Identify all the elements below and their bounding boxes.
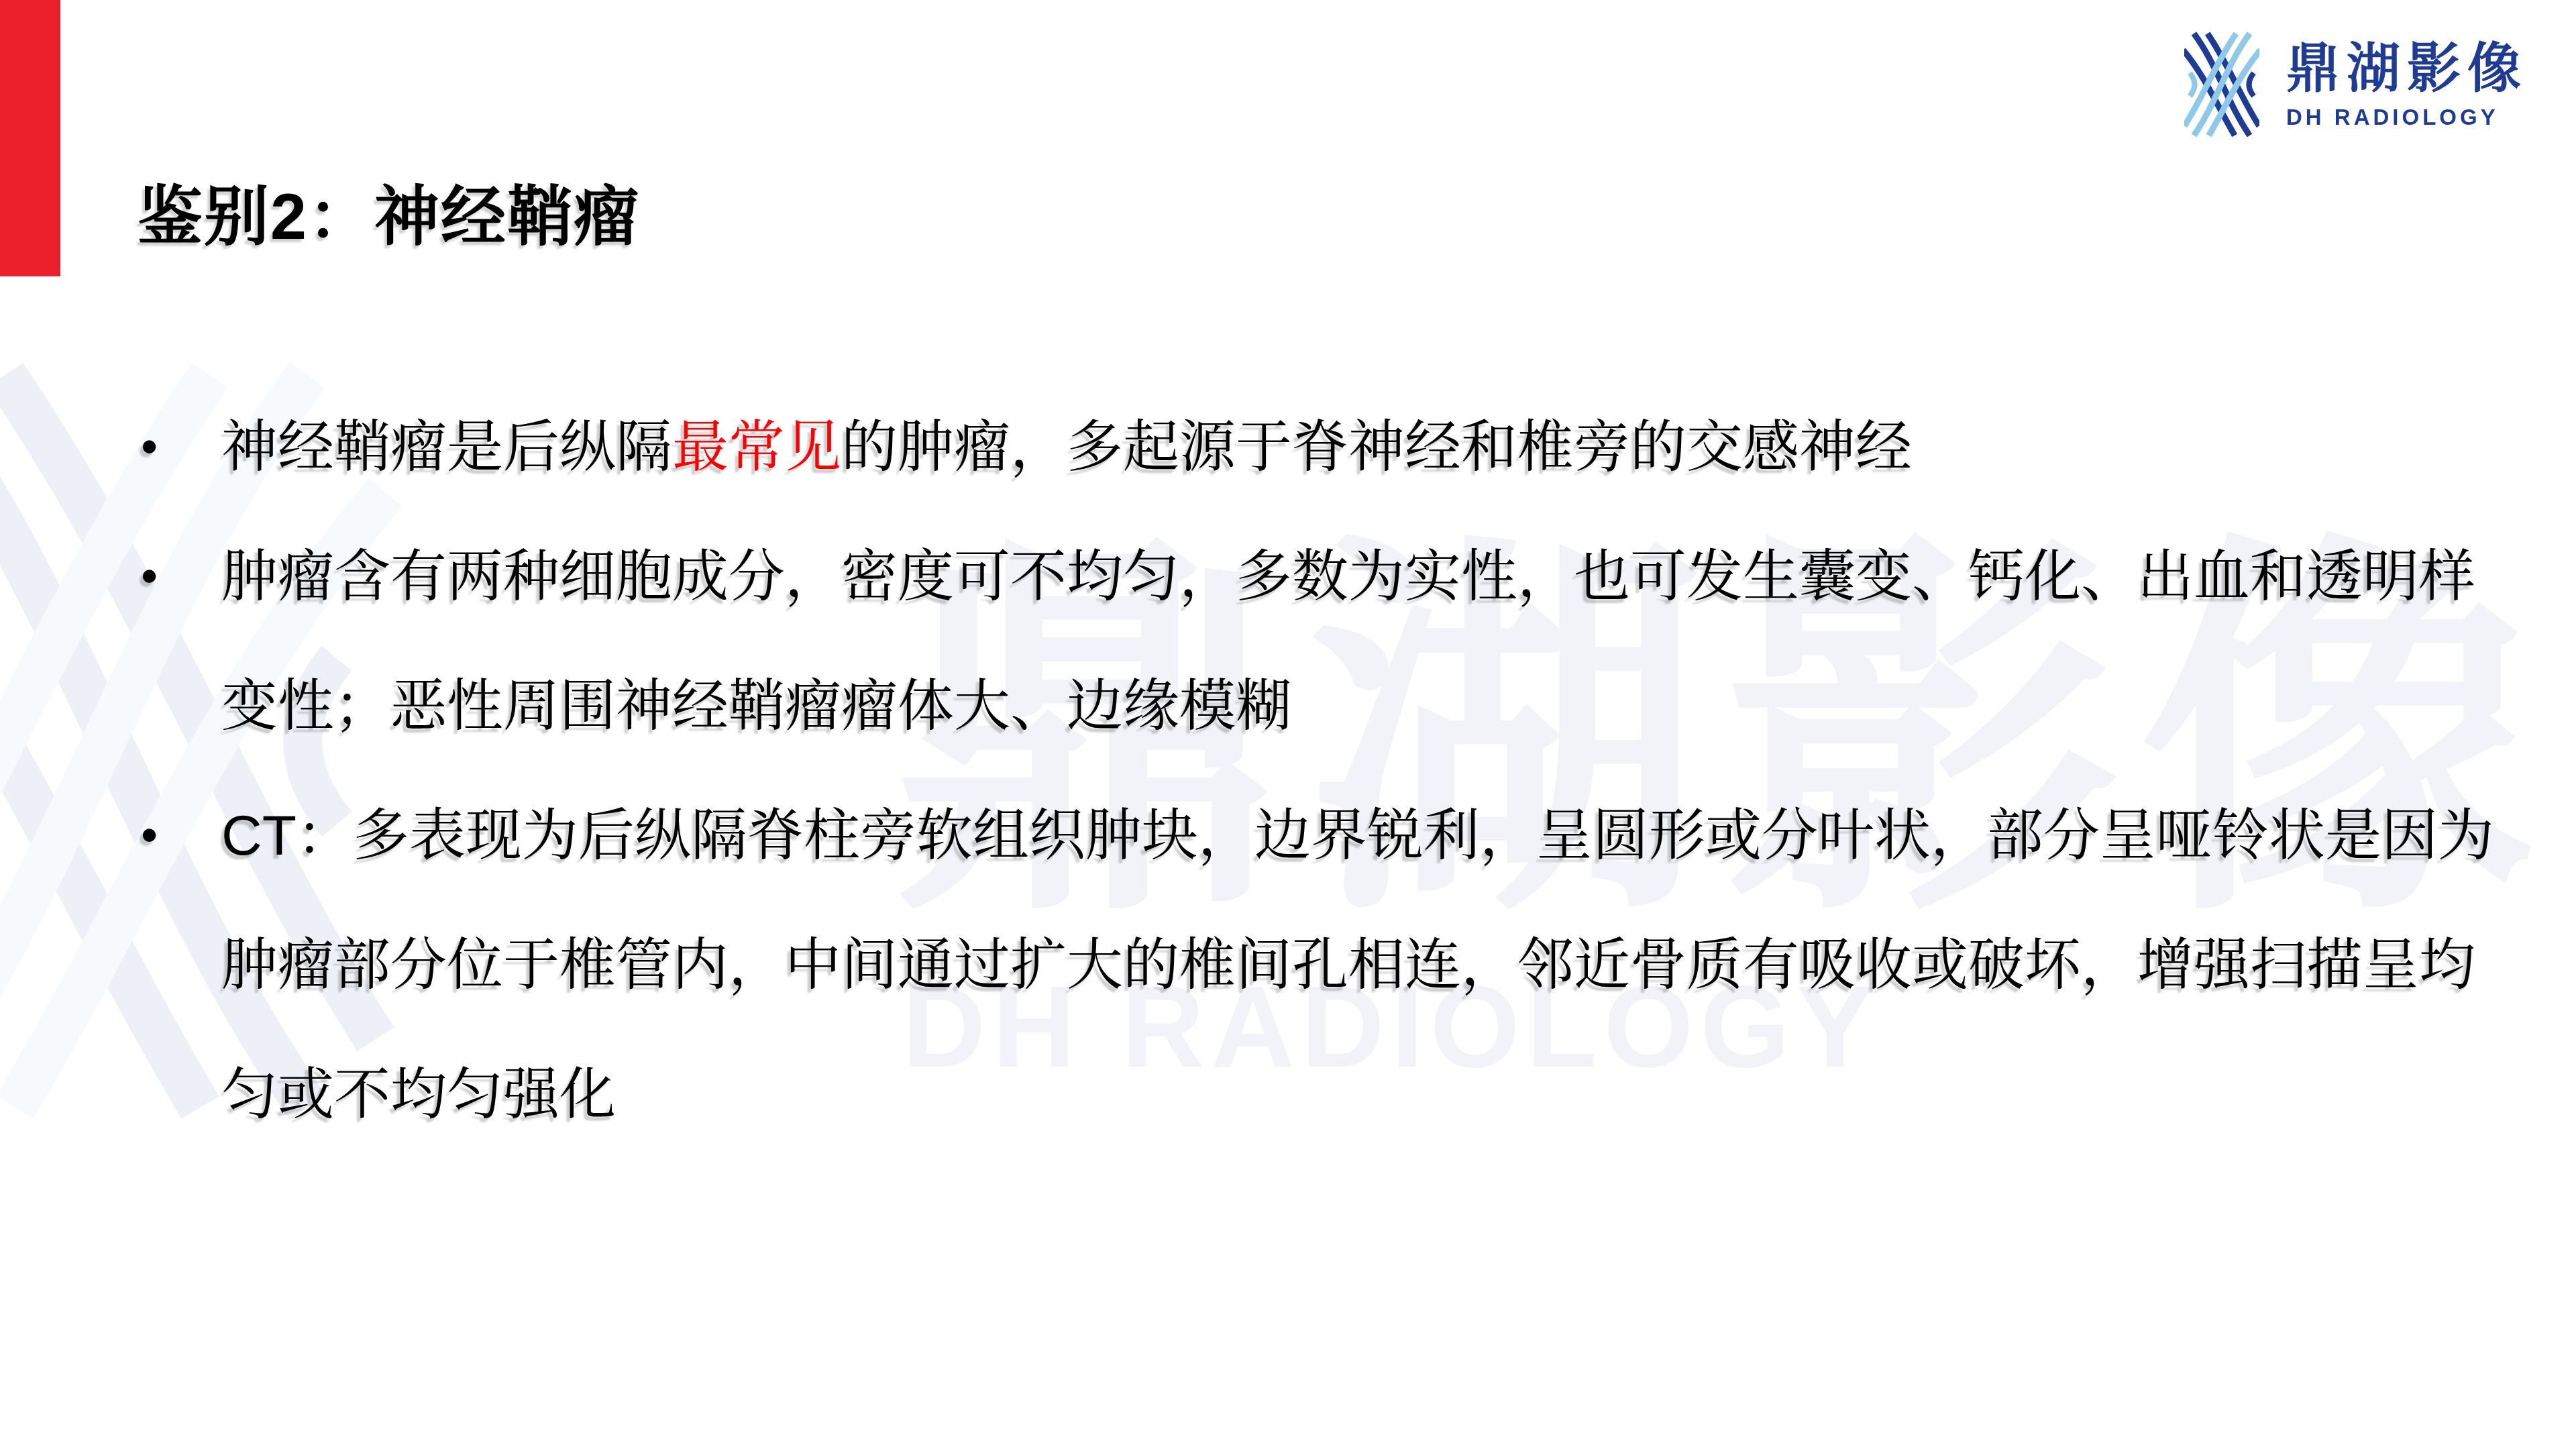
bullet-item-1: • 神经鞘瘤是后纵隔最常见的肿瘤，多起源于脊神经和椎旁的交感神经: [141, 382, 2489, 512]
bullet-3-lines: CT：多表现为后纵隔脊柱旁软组织肿块，边界锐利，呈圆形或分叶状，部分呈哑铃状是因…: [221, 771, 2489, 1159]
bullet-line: CT：多表现为后纵隔脊柱旁软组织肿块，边界锐利，呈圆形或分叶状，部分呈哑铃状是因…: [221, 771, 2489, 900]
presentation-slide: 鼎湖影像 DH RADIOLOGY 鼎湖影像 DH RADIOLOGY 鉴别2：…: [0, 0, 2576, 1449]
logo-name-chinese: 鼎湖影像: [2286, 39, 2528, 98]
bullet-line: 神经鞘瘤是后纵隔最常见的肿瘤，多起源于脊神经和椎旁的交感神经: [221, 382, 2489, 512]
bullet-item-2: • 肿瘤含有两种细胞成分，密度可不均匀，多数为实性，也可发生囊变、钙化、出血和透…: [141, 512, 2489, 771]
bullet-marker: •: [141, 771, 221, 900]
highlighted-text: 最常见: [672, 415, 841, 478]
red-accent-bar: [0, 0, 60, 276]
bullet-2-lines: 肿瘤含有两种细胞成分，密度可不均匀，多数为实性，也可发生囊变、钙化、出血和透明样…: [221, 512, 2489, 771]
logo-name-english: DH RADIOLOGY: [2286, 105, 2528, 130]
dh-radiology-wave-logo-icon: [2184, 31, 2259, 138]
bullet-marker: •: [141, 382, 221, 512]
slide-title: 鉴别2：神经鞘瘤: [138, 164, 640, 258]
bullet-line: 肿瘤含有两种细胞成分，密度可不均匀，多数为实性，也可发生囊变、钙化、出血和透明样: [221, 512, 2489, 641]
bullet-text-segment: 的肿瘤，多起源于脊神经和椎旁的交感神经: [841, 415, 1912, 478]
logo-text-block: 鼎湖影像 DH RADIOLOGY: [2286, 39, 2528, 130]
bullet-line: 肿瘤部分位于椎管内，中间通过扩大的椎间孔相连，邻近骨质有吸收或破坏，增强扫描呈均: [221, 900, 2489, 1030]
bullet-1-lines: 神经鞘瘤是后纵隔最常见的肿瘤，多起源于脊神经和椎旁的交感神经: [221, 382, 2489, 512]
bullet-line: 变性；恶性周围神经鞘瘤瘤体大、边缘模糊: [221, 641, 2489, 771]
bullet-list: • 神经鞘瘤是后纵隔最常见的肿瘤，多起源于脊神经和椎旁的交感神经 • 肿瘤含有两…: [141, 382, 2489, 1159]
bullet-marker: •: [141, 512, 221, 641]
bullet-item-3: • CT：多表现为后纵隔脊柱旁软组织肿块，边界锐利，呈圆形或分叶状，部分呈哑铃状…: [141, 771, 2489, 1159]
dh-radiology-logo: 鼎湖影像 DH RADIOLOGY: [2184, 31, 2528, 138]
bullet-text-segment: 神经鞘瘤是后纵隔: [221, 415, 672, 478]
bullet-line: 匀或不均匀强化: [221, 1030, 2489, 1159]
